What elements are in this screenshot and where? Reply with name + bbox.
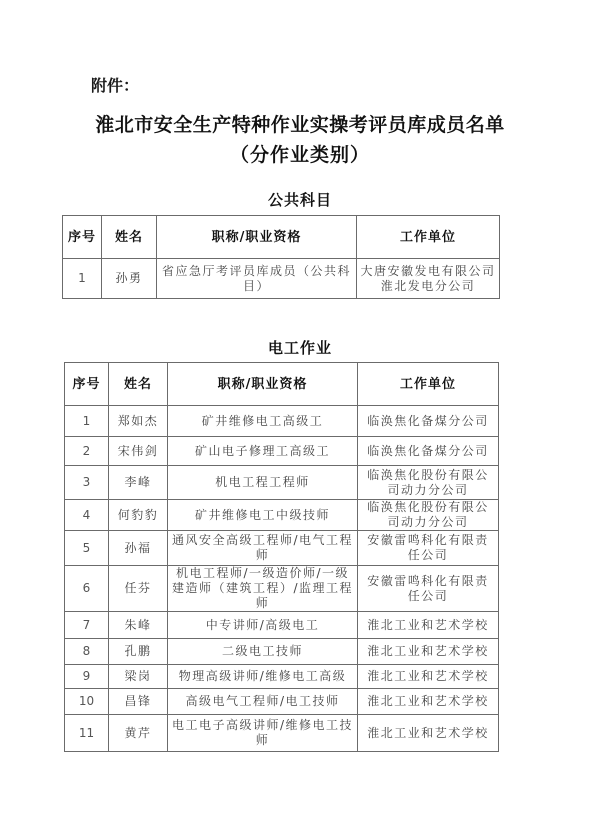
table-row: 2 宋伟剑 矿山电子修理工高级工 临涣焦化备煤分公司 [65, 437, 499, 466]
table-row: 4 何豹豹 矿井维修电工中级技师 临涣焦化股份有限公司动力分公司 [65, 500, 499, 531]
cell-qualification: 矿井维修电工中级技师 [168, 500, 358, 531]
cell-employer: 淮北工业和艺术学校 [358, 639, 499, 665]
column-header-name: 姓名 [109, 363, 168, 406]
cell-no: 10 [65, 689, 109, 715]
cell-name: 宋伟剑 [109, 437, 168, 466]
cell-qualification: 省应急厅考评员库成员（公共科目） [157, 259, 357, 299]
cell-no: 8 [65, 639, 109, 665]
cell-employer: 淮北工业和艺术学校 [358, 665, 499, 689]
cell-no: 2 [65, 437, 109, 466]
cell-qualification: 矿井维修电工高级工 [168, 406, 358, 437]
table-row: 5 孙福 通风安全高级工程师/电气工程师 安徽雷鸣科化有限责任公司 [65, 531, 499, 566]
cell-name: 黄芹 [109, 715, 168, 752]
column-header-employer: 工作单位 [357, 216, 500, 259]
table-row: 1 郑如杰 矿井维修电工高级工 临涣焦化备煤分公司 [65, 406, 499, 437]
document-subtitle: （分作业类别） [0, 140, 600, 167]
cell-qualification: 二级电工技师 [168, 639, 358, 665]
cell-name: 孙福 [109, 531, 168, 566]
cell-employer: 临涣焦化备煤分公司 [358, 437, 499, 466]
cell-qualification: 物理高级讲师/维修电工高级 [168, 665, 358, 689]
cell-no: 1 [63, 259, 102, 299]
cell-name: 昌锋 [109, 689, 168, 715]
table-row: 11 黄芹 电工电子高级讲师/维修电工技师 淮北工业和艺术学校 [65, 715, 499, 752]
cell-employer: 临涣焦化股份有限公司动力分公司 [358, 466, 499, 500]
section-heading-public: 公共科目 [0, 189, 600, 210]
cell-employer: 安徽雷鸣科化有限责任公司 [358, 531, 499, 566]
cell-no: 5 [65, 531, 109, 566]
cell-no: 4 [65, 500, 109, 531]
section-heading-electrical: 电工作业 [0, 337, 600, 358]
column-header-qualification: 职称/职业资格 [157, 216, 357, 259]
cell-name: 孔鹏 [109, 639, 168, 665]
cell-name: 任芬 [109, 566, 168, 612]
electrical-work-table: 序号 姓名 职称/职业资格 工作单位 1 郑如杰 矿井维修电工高级工 临涣焦化备… [64, 362, 499, 752]
cell-employer: 淮北工业和艺术学校 [358, 715, 499, 752]
cell-no: 1 [65, 406, 109, 437]
cell-name: 郑如杰 [109, 406, 168, 437]
cell-qualification: 电工电子高级讲师/维修电工技师 [168, 715, 358, 752]
cell-name: 朱峰 [109, 612, 168, 639]
cell-no: 11 [65, 715, 109, 752]
cell-name: 何豹豹 [109, 500, 168, 531]
cell-employer: 临涣焦化股份有限公司动力分公司 [358, 500, 499, 531]
table-row: 3 李峰 机电工程工程师 临涣焦化股份有限公司动力分公司 [65, 466, 499, 500]
cell-qualification: 矿山电子修理工高级工 [168, 437, 358, 466]
table-row: 7 朱峰 中专讲师/高级电工 淮北工业和艺术学校 [65, 612, 499, 639]
cell-employer: 临涣焦化备煤分公司 [358, 406, 499, 437]
cell-name: 梁岗 [109, 665, 168, 689]
table-row: 8 孔鹏 二级电工技师 淮北工业和艺术学校 [65, 639, 499, 665]
cell-no: 7 [65, 612, 109, 639]
column-header-no: 序号 [63, 216, 102, 259]
cell-qualification: 通风安全高级工程师/电气工程师 [168, 531, 358, 566]
column-header-qualification: 职称/职业资格 [168, 363, 358, 406]
cell-qualification: 高级电气工程师/电工技师 [168, 689, 358, 715]
column-header-no: 序号 [65, 363, 109, 406]
cell-qualification: 机电工程师/一级造价师/一级建造师（建筑工程）/监理工程师 [168, 566, 358, 612]
cell-qualification: 机电工程工程师 [168, 466, 358, 500]
cell-no: 3 [65, 466, 109, 500]
document-title: 淮北市安全生产特种作业实操考评员库成员名单 [0, 110, 600, 137]
table-row: 9 梁岗 物理高级讲师/维修电工高级 淮北工业和艺术学校 [65, 665, 499, 689]
column-header-name: 姓名 [102, 216, 157, 259]
cell-employer: 大唐安徽发电有限公司淮北发电分公司 [357, 259, 500, 299]
table-row: 1 孙勇 省应急厅考评员库成员（公共科目） 大唐安徽发电有限公司淮北发电分公司 [63, 259, 500, 299]
cell-name: 李峰 [109, 466, 168, 500]
cell-employer: 淮北工业和艺术学校 [358, 612, 499, 639]
table-header-row: 序号 姓名 职称/职业资格 工作单位 [63, 216, 500, 259]
column-header-employer: 工作单位 [358, 363, 499, 406]
table-header-row: 序号 姓名 职称/职业资格 工作单位 [65, 363, 499, 406]
attachment-label: 附件： [91, 73, 139, 96]
cell-employer: 淮北工业和艺术学校 [358, 689, 499, 715]
public-subjects-table: 序号 姓名 职称/职业资格 工作单位 1 孙勇 省应急厅考评员库成员（公共科目）… [62, 215, 500, 299]
cell-qualification: 中专讲师/高级电工 [168, 612, 358, 639]
cell-no: 6 [65, 566, 109, 612]
table-row: 10 昌锋 高级电气工程师/电工技师 淮北工业和艺术学校 [65, 689, 499, 715]
cell-name: 孙勇 [102, 259, 157, 299]
cell-employer: 安徽雷鸣科化有限责任公司 [358, 566, 499, 612]
table-row: 6 任芬 机电工程师/一级造价师/一级建造师（建筑工程）/监理工程师 安徽雷鸣科… [65, 566, 499, 612]
cell-no: 9 [65, 665, 109, 689]
